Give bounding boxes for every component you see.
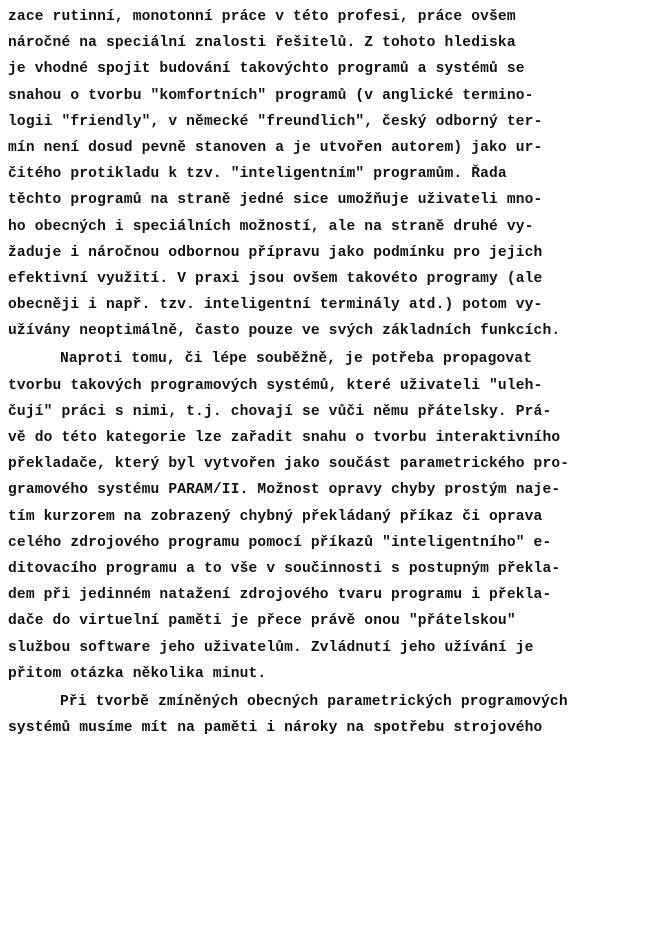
text-line: Při tvorbě zmíněných obecných parametric…	[8, 689, 656, 715]
text-line: překladače, který byl vytvořen jako souč…	[8, 451, 656, 477]
paragraph: Při tvorbě zmíněných obecných parametric…	[8, 689, 656, 741]
text-line: žaduje i náročnou odbornou přípravu jako…	[8, 240, 656, 266]
paragraph: Naproti tomu, či lépe souběžně, je potře…	[8, 346, 656, 686]
text-line: mín není dosud pevně stanoven a je utvoř…	[8, 135, 656, 161]
text-line: dem při jedinném natažení zdrojového tva…	[8, 582, 656, 608]
text-line: službou software jeho uživatelům. Zvládn…	[8, 635, 656, 661]
text-line: efektivní využití. V praxi jsou ovšem ta…	[8, 266, 656, 292]
text-line: tvorbu takových programových systémů, kt…	[8, 373, 656, 399]
text-line: náročné na speciální znalosti řešitelů. …	[8, 30, 656, 56]
text-line: ho obecných i speciálních možností, ale …	[8, 214, 656, 240]
text-line: čitého protikladu k tzv. "inteligentním"…	[8, 161, 656, 187]
text-line: vě do této kategorie lze zařadit snahu o…	[8, 425, 656, 451]
paragraph: zace rutinní, monotonní práce v této pro…	[8, 4, 656, 344]
text-line: celého zdrojového programu pomocí příkaz…	[8, 530, 656, 556]
text-line: přitom otázka několika minut.	[8, 661, 656, 687]
text-line: užívány neoptimálně, často pouze ve svýc…	[8, 318, 656, 344]
text-line: dače do virtuelní paměti je přece právě …	[8, 608, 656, 634]
text-line: zace rutinní, monotonní práce v této pro…	[8, 4, 656, 30]
text-line: je vhodné spojit budování takovýchto pro…	[8, 56, 656, 82]
text-line: snahou o tvorbu "komfortních" programů (…	[8, 83, 656, 109]
text-line: čují" práci s nimi, t.j. chovají se vůči…	[8, 399, 656, 425]
text-line: systémů musíme mít na paměti i nároky na…	[8, 715, 656, 741]
text-line: těchto programů na straně jedné sice umo…	[8, 187, 656, 213]
text-line: tím kurzorem na zobrazený chybný překlád…	[8, 504, 656, 530]
text-line: gramového systému PARAM/II. Možnost opra…	[8, 477, 656, 503]
text-line: logii "friendly", v německé "freundlich"…	[8, 109, 656, 135]
text-line: Naproti tomu, či lépe souběžně, je potře…	[8, 346, 656, 372]
typewritten-page: zace rutinní, monotonní práce v této pro…	[8, 4, 656, 741]
text-line: obecněji i např. tzv. inteligentní termi…	[8, 292, 656, 318]
text-line: ditovacího programu a to vše v součinnos…	[8, 556, 656, 582]
document-body: zace rutinní, monotonní práce v této pro…	[8, 4, 656, 741]
